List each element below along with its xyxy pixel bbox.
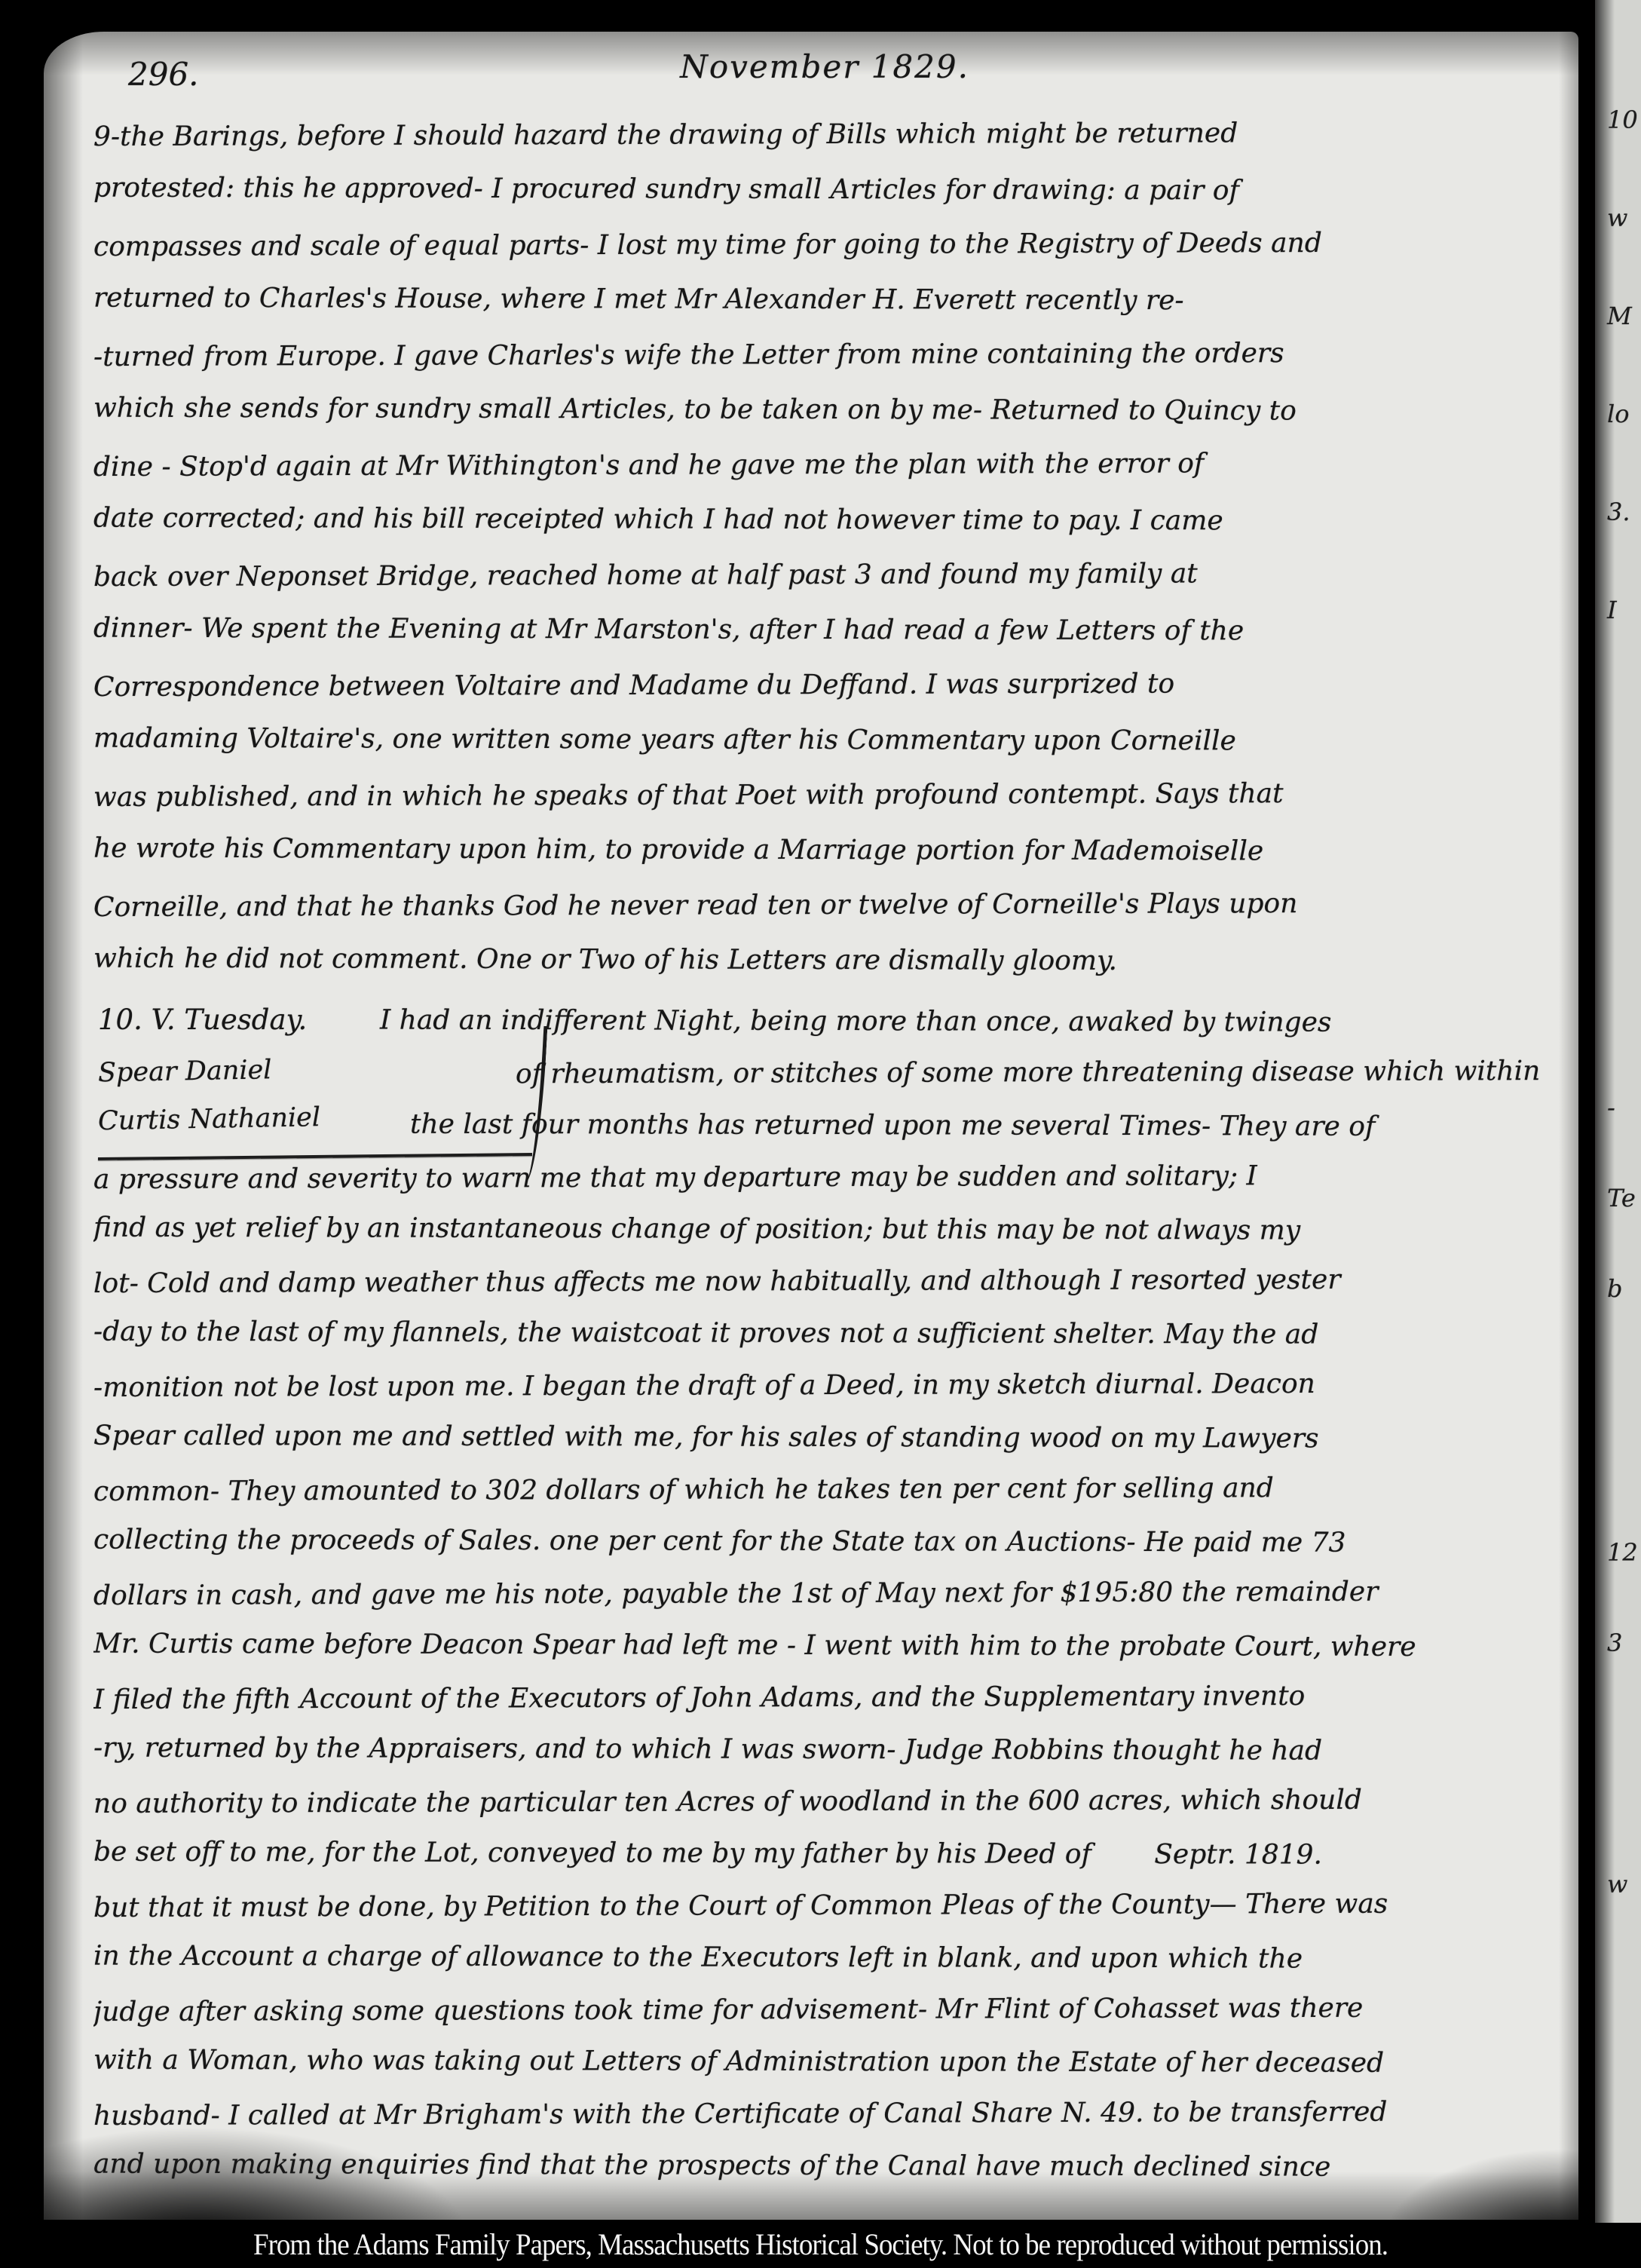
manuscript-line: and upon making enquiries find that the … xyxy=(93,2138,1556,2194)
edge-text-fragment: 12 xyxy=(1607,1538,1638,1567)
edge-text-fragment: 3. xyxy=(1607,498,1630,526)
manuscript-line: returned to Charles's House, where I met… xyxy=(93,271,1556,329)
edge-text-fragment: 3 xyxy=(1607,1629,1622,1657)
attribution-band: From the Adams Family Papers, Massachuse… xyxy=(0,2223,1641,2268)
edge-text-fragment: lo xyxy=(1607,400,1630,428)
manuscript-line: madaming Voltaire's, one written some ye… xyxy=(93,711,1556,770)
edge-text-fragment: w xyxy=(1607,204,1627,232)
manuscript-line: in the Account a charge of allowance to … xyxy=(93,1930,1556,1986)
attribution-caption: From the Adams Family Papers, Massachuse… xyxy=(0,2227,1641,2262)
manuscript-line: collecting the proceeds of Sales. one pe… xyxy=(93,1514,1556,1570)
edge-text-fragment: b xyxy=(1607,1274,1622,1303)
manuscript-line: lot- Cold and damp weather thus affects … xyxy=(93,1253,1556,1310)
entry-november-10: 10. V. Tuesday. Spear Daniel Curtis Nath… xyxy=(93,995,1556,2192)
manuscript-line: Corneille, and that he thanks God he nev… xyxy=(93,875,1556,935)
manuscript-line: of rheumatism, or stitches of some more … xyxy=(93,1045,1556,1102)
manuscript-line: find as yet relief by an instantaneous c… xyxy=(93,1202,1556,1258)
manuscript-line: I filed the fifth Account of the Executo… xyxy=(93,1669,1556,1726)
diary-page: 296. November 1829. 9-the Barings, befor… xyxy=(44,32,1578,2220)
edge-text-fragment: Te xyxy=(1607,1184,1636,1212)
manuscript-line: Mr. Curtis came before Deacon Spear had … xyxy=(93,1618,1556,1674)
manuscript-line: dinner- We spent the Evening at Mr Marst… xyxy=(93,601,1556,660)
manuscript-line: was published, and in which he speaks of… xyxy=(93,765,1556,825)
manuscript-line: with a Woman, who was taking out Letters… xyxy=(93,2034,1556,2090)
manuscript-line: husband- I called at Mr Brigham's with t… xyxy=(93,2086,1556,2142)
manuscript-line: a pressure and severity to warn me that … xyxy=(93,1149,1556,1206)
manuscript-line: be set off to me, for the Lot, conveyed … xyxy=(93,1826,1556,1882)
edge-text-fragment: 10 xyxy=(1607,106,1638,134)
manuscript-line: which he did not comment. One or Two of … xyxy=(93,931,1556,990)
manuscript-line: -monition not be lost upon me. I began t… xyxy=(93,1357,1556,1414)
manuscript-line: -ry, returned by the Appraisers, and to … xyxy=(93,1722,1556,1778)
edge-text-fragment: w xyxy=(1607,1870,1627,1899)
manuscript-line: Correspondence between Voltaire and Mada… xyxy=(93,655,1556,715)
edge-text-fragment: I xyxy=(1607,596,1617,624)
manuscript-line: which she sends for sundry small Article… xyxy=(93,381,1556,440)
page-header: 296. November 1829. xyxy=(93,42,1556,107)
manuscript-line: common- They amounted to 302 dollars of … xyxy=(93,1461,1556,1518)
manuscript-line: dollars in cash, and gave me his note, p… xyxy=(93,1565,1556,1622)
manuscript-line: date corrected; and his bill receipted w… xyxy=(93,491,1556,550)
month-year-heading: November 1829. xyxy=(93,48,1556,85)
manuscript-line: protested: this he approved- I procured … xyxy=(93,161,1556,219)
manuscript-line: no authority to indicate the particular … xyxy=(93,1773,1556,1830)
manuscript-line: -turned from Europe. I gave Charles's wi… xyxy=(93,325,1556,385)
edge-text-fragment: - xyxy=(1607,1093,1615,1122)
manuscript-line: compasses and scale of equal parts- I lo… xyxy=(93,215,1556,274)
manuscript-line: back over Neponset Bridge, reached home … xyxy=(93,545,1556,605)
manuscript-line: dine - Stop'd again at Mr Withington's a… xyxy=(93,435,1556,495)
entry-november-9: 9-the Barings, before I should hazard th… xyxy=(93,107,1556,988)
manuscript-line: but that it must be done, by Petition to… xyxy=(93,1877,1556,1934)
manuscript-line: Spear called upon me and settled with me… xyxy=(93,1410,1556,1466)
manuscript-line: he wrote his Commentary upon him, to pro… xyxy=(93,821,1556,880)
manuscript-line: 9-the Barings, before I should hazard th… xyxy=(93,105,1556,164)
adjacent-page-edge: 10 w M lo 3. I - Te b 12 3 w xyxy=(1595,0,1641,2223)
manuscript-scan: 296. November 1829. 9-the Barings, befor… xyxy=(0,0,1641,2268)
manuscript-line: judge after asking some questions took t… xyxy=(93,1981,1556,2038)
edge-text-fragment: M xyxy=(1607,302,1632,330)
manuscript-line: I had an indifferent Night, being more t… xyxy=(93,994,1556,1050)
manuscript-line: -day to the last of my flannels, the wai… xyxy=(93,1306,1556,1362)
manuscript-line: the last four months has returned upon m… xyxy=(93,1098,1556,1154)
